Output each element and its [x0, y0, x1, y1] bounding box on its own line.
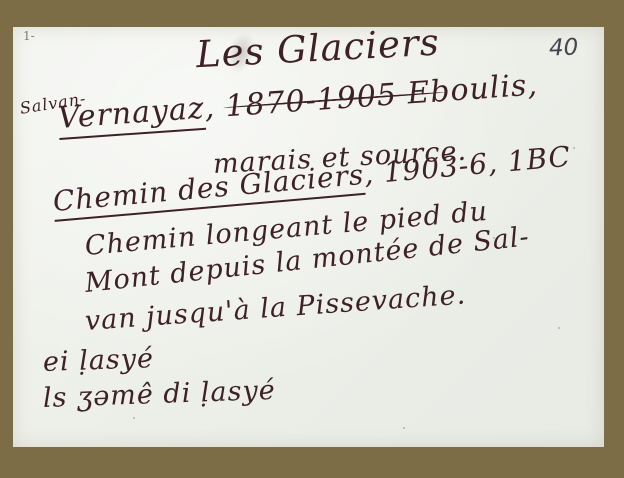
card-title-text: Les Glaciers: [195, 21, 441, 77]
line-rest: , 1870-1905 Eboulis,: [203, 67, 539, 125]
photo-frame: 1- 40 Les Glaciers Salvan- Vernayaz, 187…: [0, 0, 624, 478]
page-number: 40: [548, 34, 578, 61]
index-card: 1- 40 Les Glaciers Salvan- Vernayaz, 187…: [13, 27, 604, 447]
paper-speck: [403, 427, 405, 429]
handwritten-line-vernayaz: Vernayaz, 1870-1905 Eboulis,: [57, 67, 539, 135]
handwritten-line-phonetic-2: ls ʒəmê di ḷasyé: [42, 375, 276, 414]
paper-speck: [558, 327, 560, 329]
handwritten-line-phonetic-1: ei ḷasyé: [42, 343, 154, 378]
paper-speck: [573, 147, 575, 149]
paper-speck: [133, 417, 135, 419]
card-title: Les Glaciers: [162, 19, 474, 78]
corner-mark: 1-: [23, 29, 35, 43]
